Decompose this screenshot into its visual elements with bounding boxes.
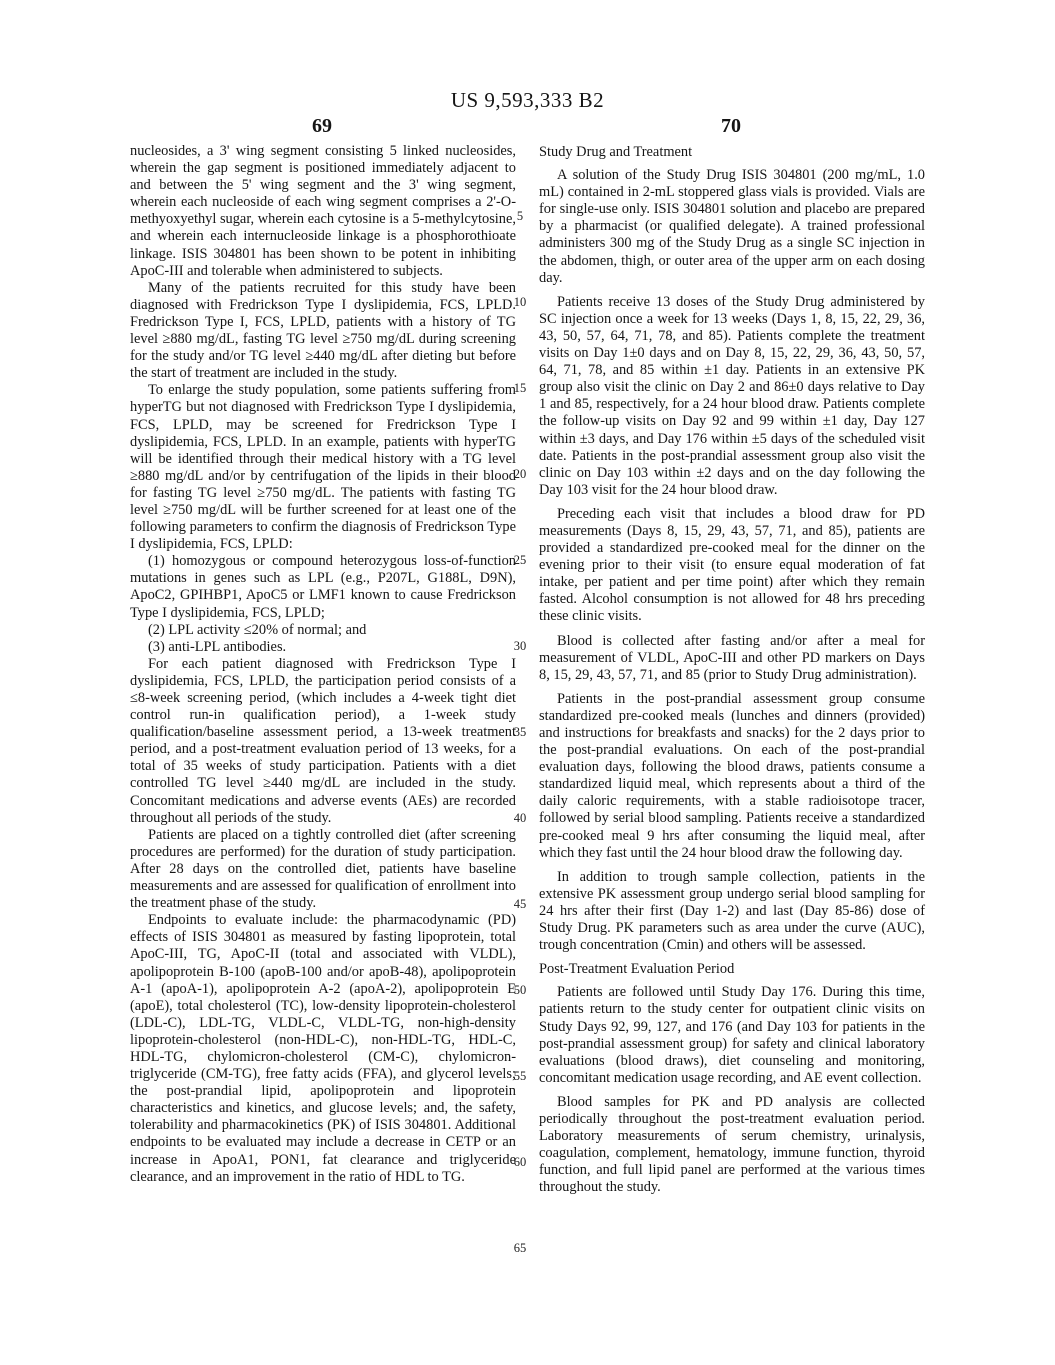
- patent-text-paragraph: (3) anti-LPL antibodies.: [130, 639, 516, 656]
- patent-text-paragraph: Blood samples for PK and PD analysis are…: [539, 1094, 925, 1197]
- patent-page: US 9,593,333 B2 69 70 5 10 15 20 25 30 3…: [0, 0, 1055, 1365]
- patent-text-paragraph: nucleosides, a 3' wing segment consistin…: [130, 143, 516, 280]
- patent-text-paragraph: For each patient diagnosed with Fredrick…: [130, 656, 516, 827]
- patent-text-paragraph: Patients are followed until Study Day 17…: [539, 984, 925, 1087]
- column-number-right: 70: [539, 115, 923, 138]
- patent-text-paragraph: Preceding each visit that includes a blo…: [539, 506, 925, 626]
- patent-text-paragraph: A solution of the Study Drug ISIS 304801…: [539, 167, 925, 287]
- column-number-left: 69: [130, 115, 514, 138]
- right-text-column: Study Drug and Treatment A solution of t…: [539, 143, 925, 1203]
- patent-text-paragraph: To enlarge the study population, some pa…: [130, 382, 516, 553]
- patent-text-paragraph: Patients are placed on a tightly control…: [130, 827, 516, 912]
- patent-text-paragraph: Patients receive 13 doses of the Study D…: [539, 294, 925, 499]
- patent-text-paragraph: (2) LPL activity ≤20% of normal; and: [130, 622, 516, 639]
- patent-text-paragraph: Blood is collected after fasting and/or …: [539, 633, 925, 684]
- section-heading-post-treatment: Post-Treatment Evaluation Period: [539, 961, 925, 978]
- patent-text-paragraph: (1) homozygous or compound heterozygous …: [130, 553, 516, 621]
- patent-text-paragraph: Many of the patients recruited for this …: [130, 280, 516, 383]
- patent-text-paragraph: Patients in the post-prandial assessment…: [539, 691, 925, 862]
- left-text-column: nucleosides, a 3' wing segment consistin…: [130, 143, 516, 1186]
- line-number: 65: [506, 1241, 534, 1256]
- patent-text-paragraph: Endpoints to evaluate include: the pharm…: [130, 912, 516, 1186]
- section-heading-study-drug: Study Drug and Treatment: [539, 144, 925, 161]
- patent-text-paragraph: In addition to trough sample collection,…: [539, 869, 925, 954]
